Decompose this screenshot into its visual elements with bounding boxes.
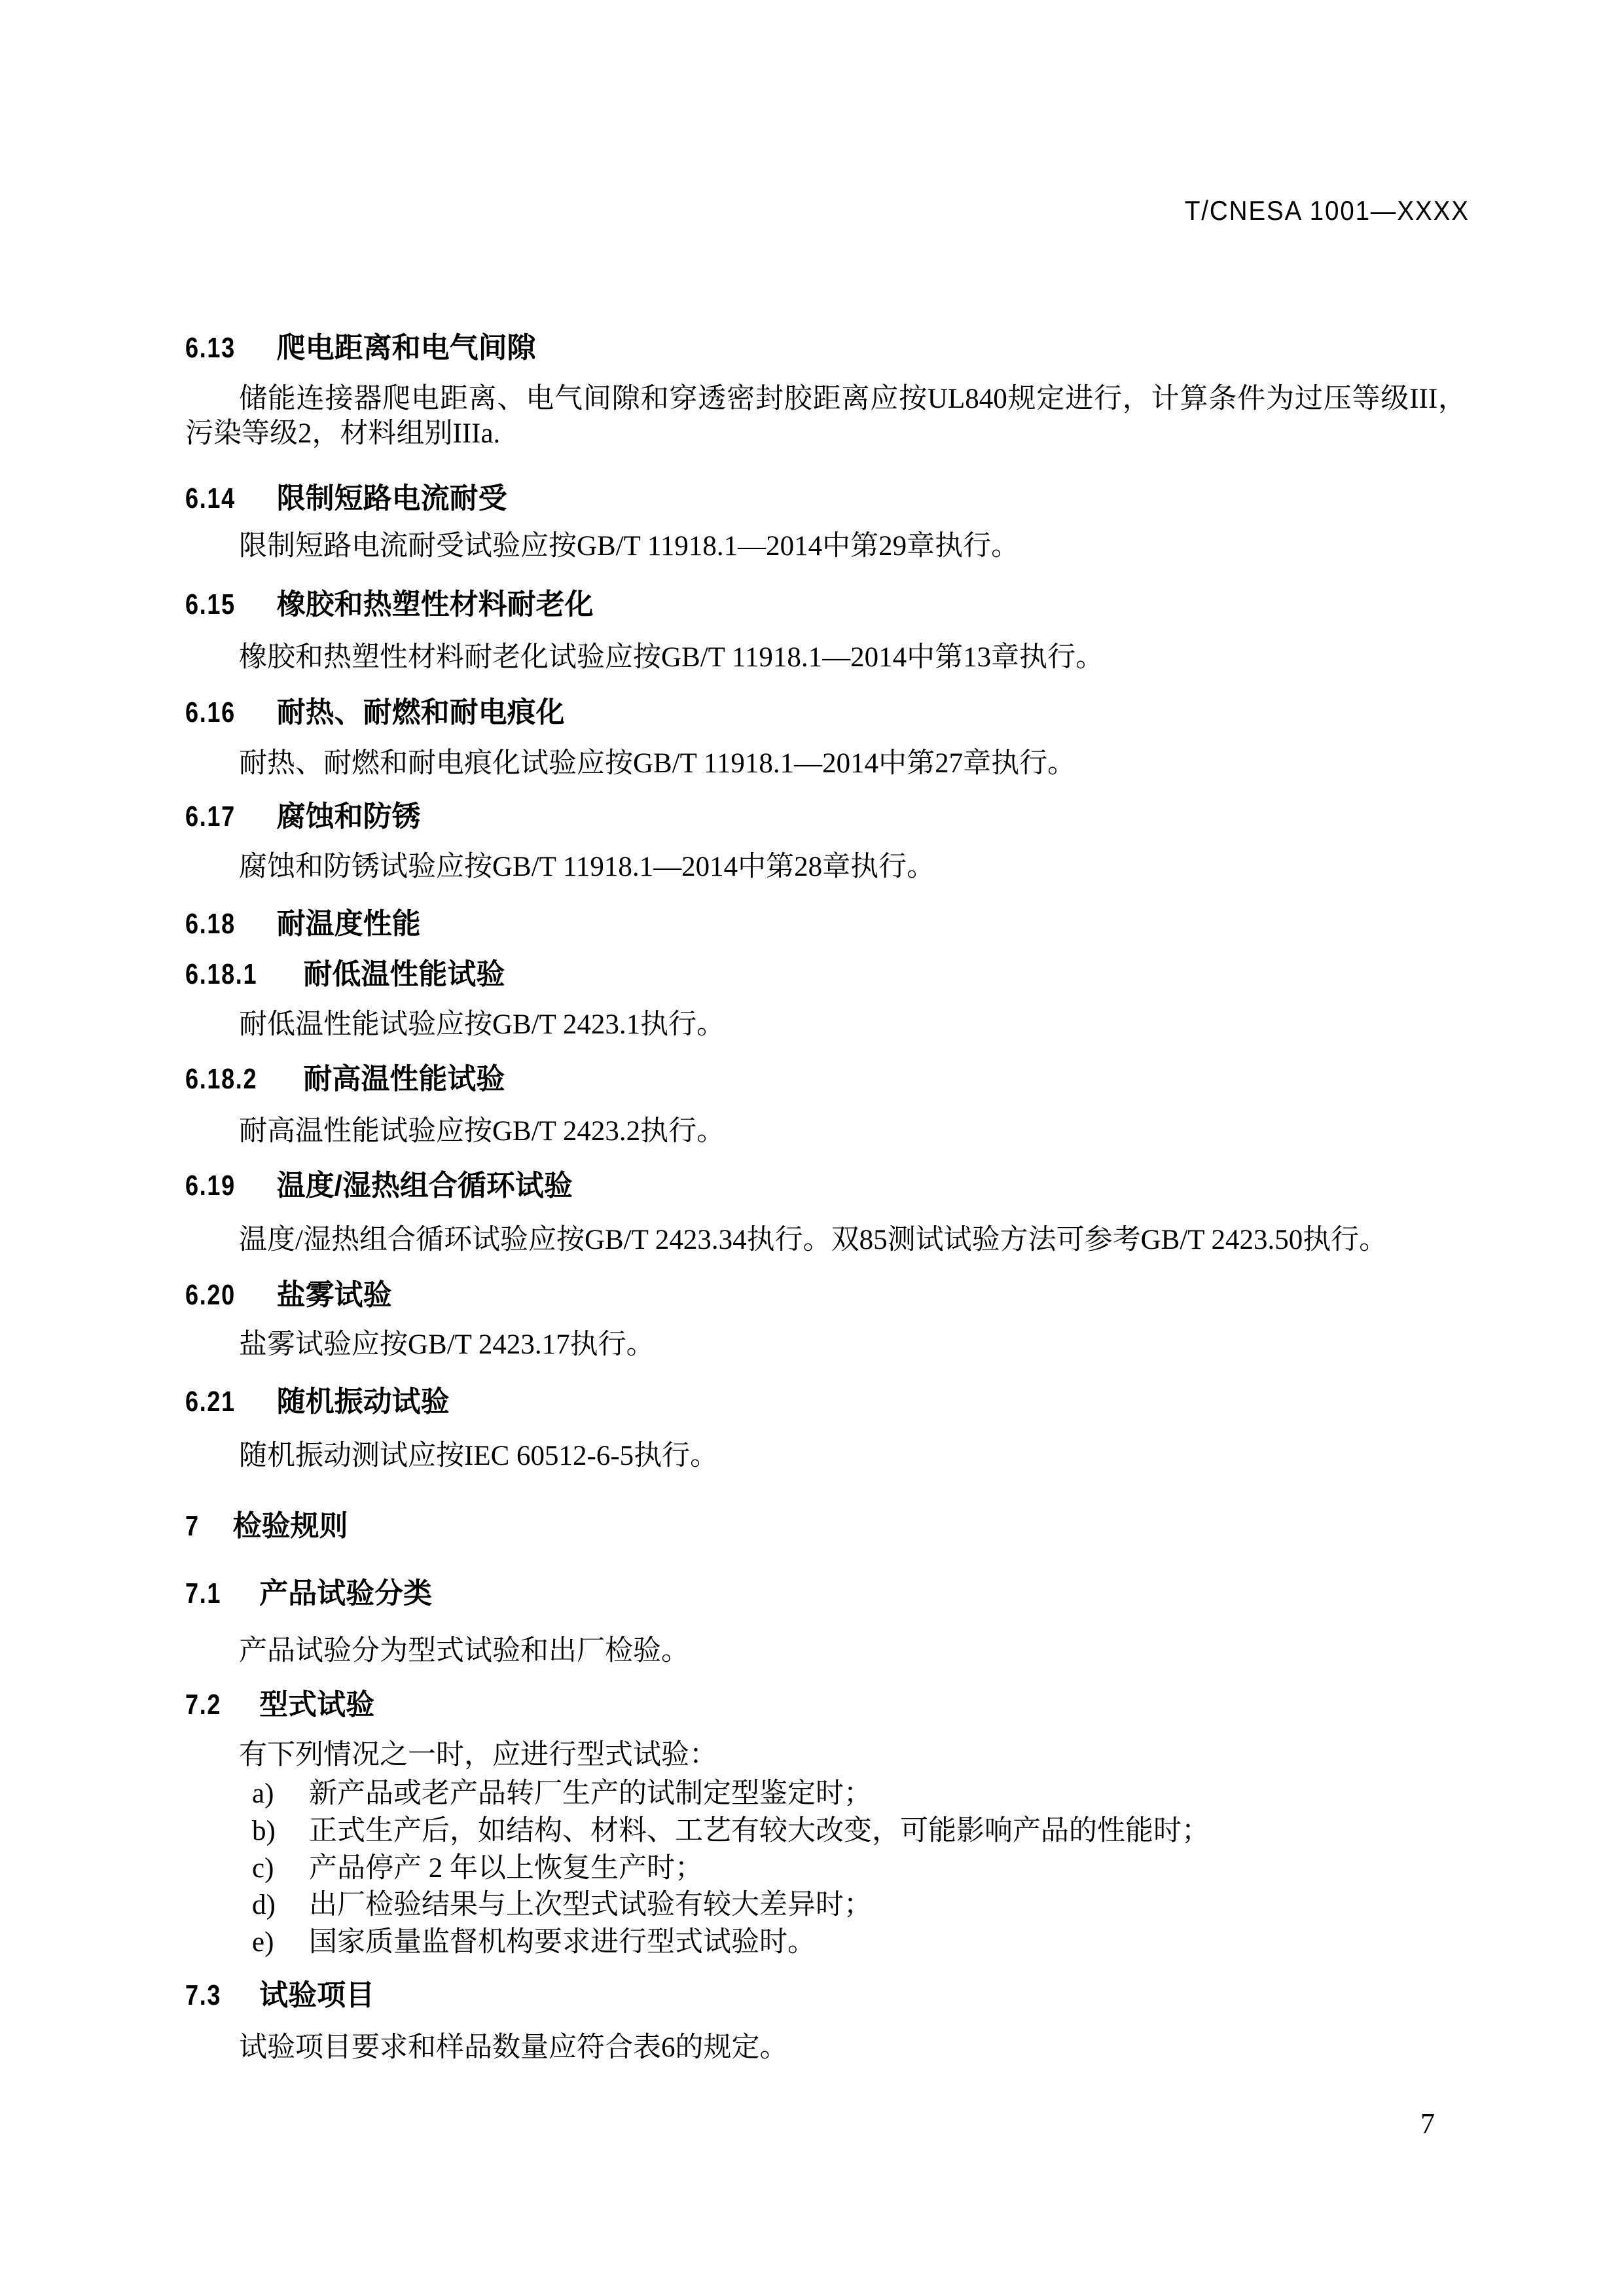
section-heading-7-3: 7.3试验项目 <box>185 1978 1466 2013</box>
section-number: 6.20 <box>185 1278 236 1313</box>
paragraph: 耐低温性能试验应按GB/T 2423.1执行。 <box>185 1007 1466 1042</box>
paragraph: 试验项目要求和样品数量应符合表6的规定。 <box>185 2030 1466 2065</box>
section-number: 6.14 <box>185 481 236 516</box>
paragraph: 橡胶和热塑性材料耐老化试验应按GB/T 11918.1—2014中第13章执行。 <box>185 640 1466 675</box>
section-title: 随机振动试验 <box>277 1386 450 1418</box>
list-item: a)新产品或老产品转厂生产的试制定型鉴定时； <box>185 1776 1466 1811</box>
section-title: 检验规则 <box>232 1510 348 1542</box>
section-title: 橡胶和热塑性材料耐老化 <box>277 588 594 620</box>
document-body: 6.13爬电距离和电气间隙 储能连接器爬电距离、电气间隙和穿透密封胶距离应按UL… <box>185 0 1466 2296</box>
section-title: 耐低温性能试验 <box>303 958 505 990</box>
section-number: 6.13 <box>185 331 236 366</box>
section-heading-6-18-1: 6.18.1耐低温性能试验 <box>185 957 1466 992</box>
paragraph: 产品试验分为型式试验和出厂检验。 <box>185 1634 1466 1668</box>
section-title: 爬电距离和电气间隙 <box>277 332 536 364</box>
paragraph: 温度/湿热组合循环试验应按GB/T 2423.34执行。双85测试试验方法可参考… <box>185 1223 1466 1257</box>
section-title: 试验项目 <box>259 1979 374 2011</box>
section-heading-6-14: 6.14限制短路电流耐受 <box>185 481 1466 516</box>
section-title: 盐雾试验 <box>277 1279 392 1311</box>
document-page: T/CNESA 1001—XXXX 6.13爬电距离和电气间隙 储能连接器爬电距… <box>0 0 1624 2296</box>
section-number: 7.1 <box>185 1576 221 1611</box>
list-item: e)国家质量监督机构要求进行型式试验时。 <box>185 1925 1466 1960</box>
section-number: 7.3 <box>185 1978 221 2013</box>
list-item: d)出厂检验结果与上次型式试验有较大差异时； <box>185 1888 1466 1922</box>
list-item-text: 新产品或老产品转厂生产的试制定型鉴定时； <box>309 1778 872 1809</box>
section-title: 型式试验 <box>259 1689 374 1721</box>
list-item-label: b) <box>252 1814 276 1848</box>
section-title: 产品试验分类 <box>259 1577 432 1609</box>
list-item-label: c) <box>252 1851 274 1886</box>
section-number: 6.18.2 <box>185 1062 257 1097</box>
paragraph: 盐雾试验应按GB/T 2423.17执行。 <box>185 1327 1466 1362</box>
section-number: 6.15 <box>185 587 236 622</box>
section-heading-6-17: 6.17腐蚀和防锈 <box>185 799 1466 834</box>
list-item: b)正式生产后，如结构、材料、工艺有较大改变，可能影响产品的性能时； <box>185 1814 1466 1848</box>
section-heading-6-19: 6.19温度/湿热组合循环试验 <box>185 1168 1466 1204</box>
section-title: 限制短路电流耐受 <box>277 482 507 514</box>
section-number: 6.16 <box>185 695 236 730</box>
section-heading-6-21: 6.21随机振动试验 <box>185 1384 1466 1420</box>
section-heading-6-18-2: 6.18.2耐高温性能试验 <box>185 1062 1466 1097</box>
section-heading-7-1: 7.1产品试验分类 <box>185 1576 1466 1611</box>
section-number: 7 <box>185 1509 200 1544</box>
section-heading-6-15: 6.15橡胶和热塑性材料耐老化 <box>185 587 1466 622</box>
section-title: 耐温度性能 <box>277 908 421 940</box>
section-number: 6.17 <box>185 799 236 834</box>
paragraph: 有下列情况之一时，应进行型式试验： <box>185 1738 1466 1772</box>
section-heading-6-13: 6.13爬电距离和电气间隙 <box>185 331 1466 366</box>
list-item-label: d) <box>252 1888 276 1922</box>
section-number: 6.18 <box>185 906 236 942</box>
section-number: 7.2 <box>185 1687 221 1723</box>
section-heading-6-18: 6.18耐温度性能 <box>185 906 1466 942</box>
section-heading-6-16: 6.16耐热、耐燃和耐电痕化 <box>185 695 1466 730</box>
section-title: 腐蚀和防锈 <box>277 800 421 833</box>
paragraph: 腐蚀和防锈试验应按GB/T 11918.1—2014中第28章执行。 <box>185 850 1466 884</box>
section-number: 6.21 <box>185 1384 236 1420</box>
list-item-text: 国家质量监督机构要求进行型式试验时。 <box>309 1927 816 1958</box>
section-title: 耐热、耐燃和耐电痕化 <box>277 696 565 728</box>
paragraph: 限制短路电流耐受试验应按GB/T 11918.1—2014中第29章执行。 <box>185 529 1466 564</box>
list-item-label: e) <box>252 1925 274 1960</box>
section-heading-7-2: 7.2型式试验 <box>185 1687 1466 1723</box>
section-title: 温度/湿热组合循环试验 <box>277 1170 573 1202</box>
section-number: 6.19 <box>185 1168 236 1204</box>
paragraph: 储能连接器爬电距离、电气间隙和穿透密封胶距离应按UL840规定进行，计算条件为过… <box>185 382 1466 451</box>
list-item-text: 出厂检验结果与上次型式试验有较大差异时； <box>309 1890 872 1920</box>
chapter-heading-7: 7检验规则 <box>185 1509 1466 1544</box>
paragraph: 随机振动测试应按IEC 60512-6-5执行。 <box>185 1439 1466 1473</box>
section-heading-6-20: 6.20盐雾试验 <box>185 1278 1466 1313</box>
page-number: 7 <box>1420 2108 1435 2140</box>
list-item-label: a) <box>252 1776 274 1811</box>
list-item-text: 产品停产 2 年以上恢复生产时； <box>309 1853 703 1884</box>
paragraph: 耐高温性能试验应按GB/T 2423.2执行。 <box>185 1114 1466 1149</box>
section-title: 耐高温性能试验 <box>303 1063 505 1095</box>
list-item-text: 正式生产后，如结构、材料、工艺有较大改变，可能影响产品的性能时； <box>309 1816 1210 1846</box>
paragraph: 耐热、耐燃和耐电痕化试验应按GB/T 11918.1—2014中第27章执行。 <box>185 746 1466 781</box>
section-number: 6.18.1 <box>185 957 257 992</box>
list-item: c)产品停产 2 年以上恢复生产时； <box>185 1851 1466 1886</box>
